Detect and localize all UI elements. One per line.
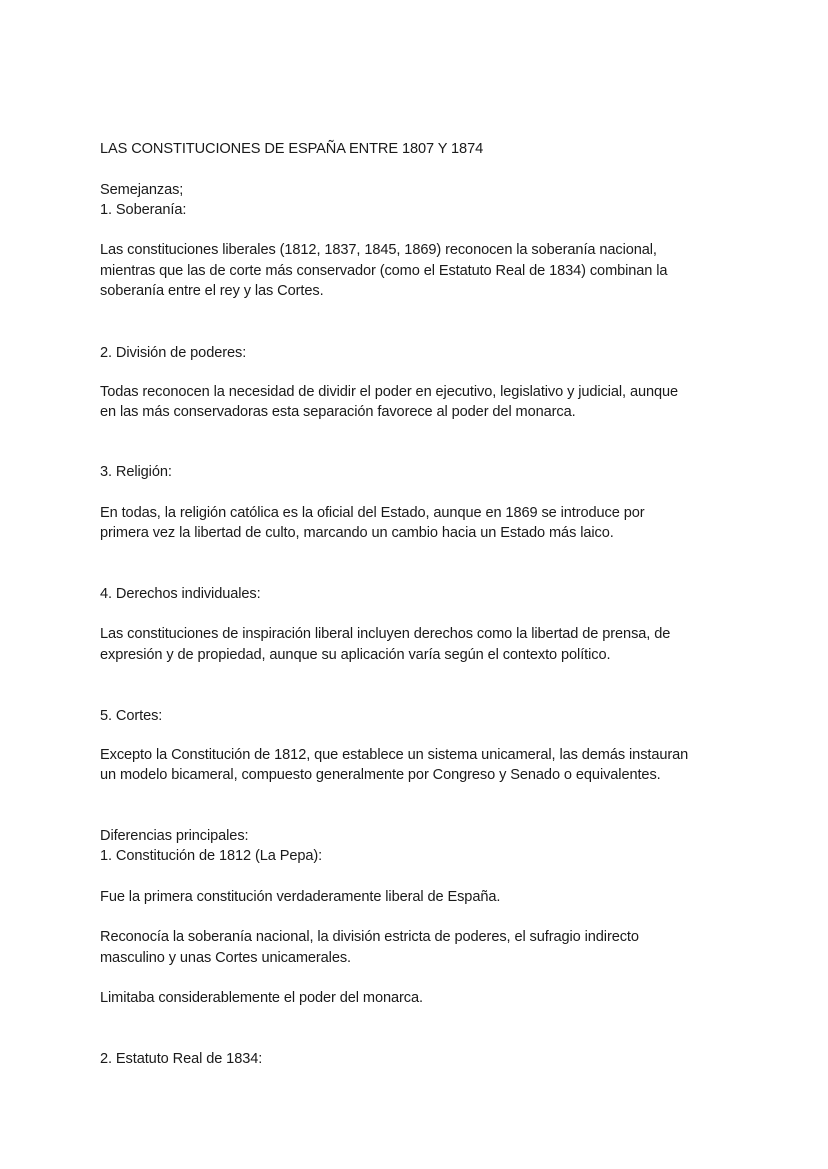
section-heading: 1. Soberanía: bbox=[100, 200, 186, 220]
paragraph-line: un modelo bicameral, compuesto generalme… bbox=[100, 765, 661, 785]
section-heading: 4. Derechos individuales: bbox=[100, 584, 261, 604]
paragraph-line: Todas reconocen la necesidad de dividir … bbox=[100, 382, 678, 402]
paragraph-line: soberanía entre el rey y las Cortes. bbox=[100, 281, 324, 301]
paragraph-line: Excepto la Constitución de 1812, que est… bbox=[100, 745, 688, 765]
differences-heading: Diferencias principales: bbox=[100, 826, 248, 846]
document-title: LAS CONSTITUCIONES DE ESPAÑA ENTRE 1807 … bbox=[100, 139, 483, 159]
paragraph-line: Fue la primera constitución verdaderamen… bbox=[100, 887, 500, 907]
section-heading: 2. División de poderes: bbox=[100, 343, 246, 363]
section-heading: 1. Constitución de 1812 (La Pepa): bbox=[100, 846, 322, 866]
paragraph-line: masculino y unas Cortes unicamerales. bbox=[100, 948, 351, 968]
document-page: LAS CONSTITUCIONES DE ESPAÑA ENTRE 1807 … bbox=[0, 0, 828, 1169]
section-heading: 2. Estatuto Real de 1834: bbox=[100, 1049, 262, 1069]
paragraph-line: primera vez la libertad de culto, marcan… bbox=[100, 523, 614, 543]
paragraph-line: Limitaba considerablemente el poder del … bbox=[100, 988, 423, 1008]
paragraph-line: mientras que las de corte más conservado… bbox=[100, 261, 667, 281]
paragraph-line: En todas, la religión católica es la ofi… bbox=[100, 503, 645, 523]
section-heading: 5. Cortes: bbox=[100, 706, 162, 726]
paragraph-line: Las constituciones liberales (1812, 1837… bbox=[100, 240, 657, 260]
paragraph-line: Las constituciones de inspiración libera… bbox=[100, 624, 670, 644]
similarities-heading: Semejanzas; bbox=[100, 180, 183, 200]
paragraph-line: Reconocía la soberanía nacional, la divi… bbox=[100, 927, 639, 947]
section-heading: 3. Religión: bbox=[100, 462, 172, 482]
paragraph-line: expresión y de propiedad, aunque su apli… bbox=[100, 645, 610, 665]
paragraph-line: en las más conservadoras esta separación… bbox=[100, 402, 576, 422]
